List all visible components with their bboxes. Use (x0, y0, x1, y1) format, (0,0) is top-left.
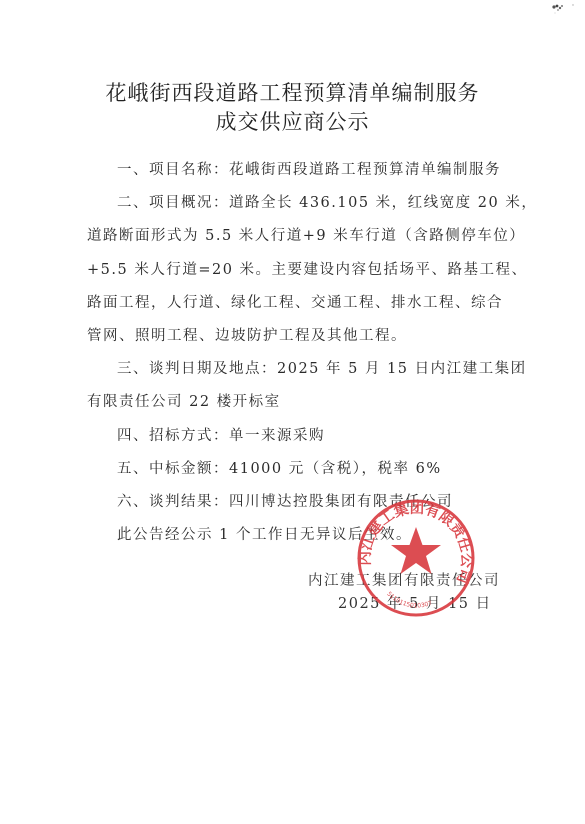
company-seal-stamp: 内江建工集团有限责任公司 5110115010307 (355, 497, 477, 619)
procurement-method-value: 单一来源采购 (229, 428, 325, 444)
svg-text:5110115010307: 5110115010307 (385, 590, 433, 609)
scan-artifact (548, 2, 576, 16)
section-label: 四、招标方式： (117, 428, 229, 444)
section-negotiation-date-place: 三、谈判日期及地点：2025 年 5 月 15 日内江建工集团 (117, 357, 527, 378)
document-title-line-1: 花峨街西段道路工程预算清单编制服务 (0, 77, 585, 107)
stamp-number: 5110115010307 (385, 590, 433, 609)
star-icon (391, 527, 441, 574)
section-label: 六、谈判结果： (117, 494, 229, 510)
overview-line: +5.5 米人行道=20 米。主要建设内容包括场平、路基工程、 (87, 258, 528, 279)
overview-line: 管网、照明工程、边坡防护工程及其他工程。 (87, 324, 407, 345)
section-label: 二、项目概况： (117, 195, 229, 211)
bid-amount-value: 41000 元（含税），税率 6% (229, 461, 442, 477)
section-procurement-method: 四、招标方式：单一来源采购 (117, 424, 325, 445)
document-title-line-2: 成交供应商公示 (0, 106, 585, 136)
overview-line: 道路全长 436.105 米，红线宽度 20 米， (229, 195, 537, 211)
section-bid-amount: 五、中标金额：41000 元（含税），税率 6% (117, 457, 442, 478)
section-label: 一、项目名称： (117, 162, 229, 178)
section-project-name: 一、项目名称：花峨街西段道路工程预算清单编制服务 (117, 158, 501, 179)
section-project-overview: 二、项目概况：道路全长 436.105 米，红线宽度 20 米， (117, 191, 537, 212)
project-name-value: 花峨街西段道路工程预算清单编制服务 (229, 162, 501, 178)
date-place-line: 2025 年 5 月 15 日内江建工集团 (277, 361, 527, 377)
date-place-line: 有限责任公司 22 楼开标室 (87, 390, 281, 411)
section-label: 五、中标金额： (117, 461, 229, 477)
section-label: 三、谈判日期及地点： (117, 361, 277, 377)
overview-line: 道路断面形式为 5.5 米人行道+9 米车行道（含路侧停车位） (87, 224, 525, 245)
overview-line: 路面工程，人行道、绿化工程、交通工程、排水工程、综合 (87, 291, 503, 312)
